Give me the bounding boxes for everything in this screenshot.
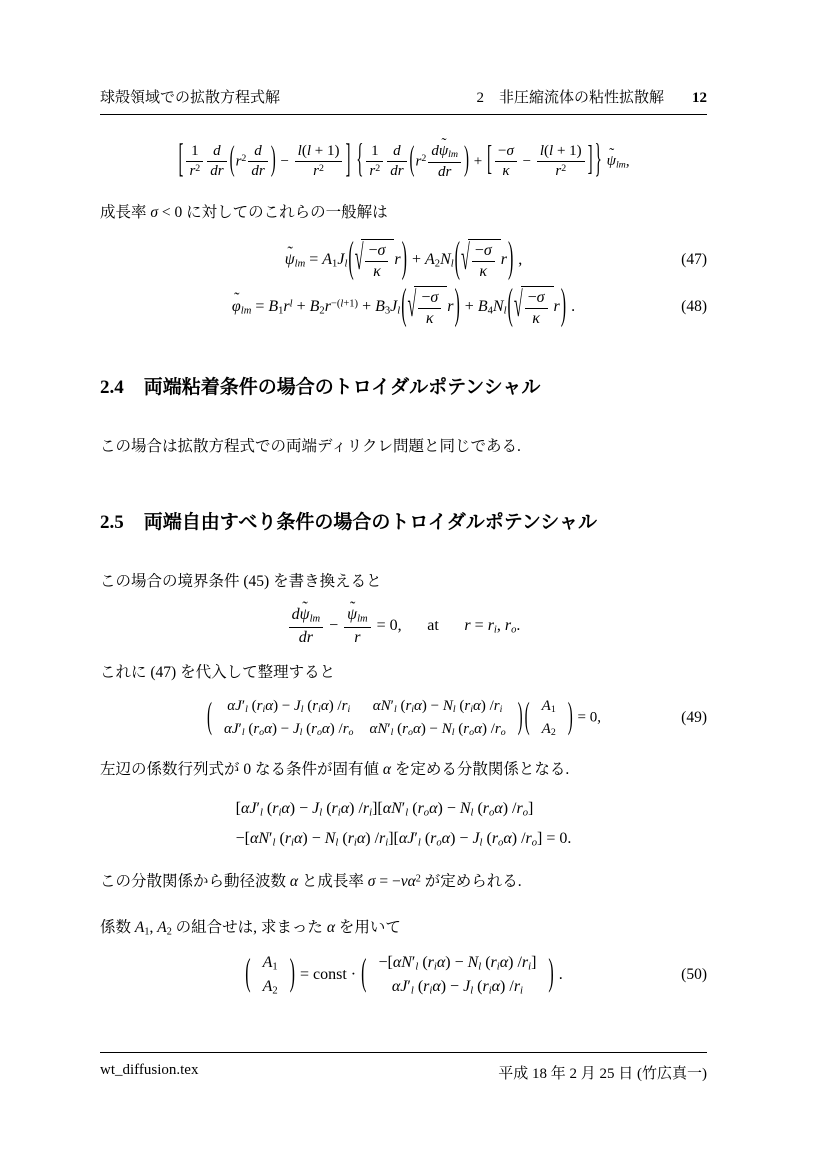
math-mt: ) /	[512, 830, 526, 847]
math-mt: ) −	[290, 800, 312, 817]
equation-49-body: (αJ′l (riα) − Jl (riα) /riαN′l (riα) − N…	[206, 695, 601, 741]
math-mt: −	[277, 153, 293, 169]
math-mi: A	[157, 919, 166, 936]
math-mt: ] = 0.	[537, 830, 571, 847]
math-mi: N	[377, 721, 387, 737]
math-msqrt: √−σκ	[461, 239, 501, 282]
math-mi: α	[432, 978, 440, 995]
math-mt: (	[248, 698, 257, 714]
math-mt: ) −	[445, 954, 467, 971]
math-mt: が定められる.	[421, 873, 522, 890]
math-mi: B	[310, 298, 320, 315]
math-mi: σ	[484, 242, 492, 259]
math-mt: 成長率	[100, 204, 150, 221]
math-mt: −[	[236, 830, 250, 847]
math-mden: dr	[428, 163, 461, 181]
math-mt: 2	[241, 153, 246, 164]
math-mi: l	[344, 258, 347, 269]
math-mi: A	[322, 251, 332, 268]
math-mi: α	[341, 800, 349, 817]
math-msqrt: √−σκ	[355, 239, 395, 282]
math-mt: 1	[371, 143, 379, 159]
math-mi: dr	[438, 164, 451, 180]
math-mnum: l(l + 1)	[537, 143, 585, 162]
math-mi: r	[501, 251, 507, 268]
math-mt: この場合の境界条件 (45) を書き換えると	[100, 573, 382, 590]
math-mt: ) /	[349, 800, 363, 817]
math-msqrt: √−σκ	[408, 286, 448, 329]
math-mi: N	[468, 954, 479, 971]
paragraph-boundary-condition: この場合の境界条件 (45) を書き換えると	[100, 570, 707, 594]
math-mden: r2	[537, 162, 585, 180]
math-mi: dr	[299, 629, 313, 646]
math-mnum: d	[207, 143, 226, 162]
math-mi: dr	[390, 163, 403, 179]
math-mi: lm	[616, 160, 626, 171]
math-mi: α	[383, 761, 391, 778]
math-mbig: }	[595, 142, 602, 183]
math-mt: (	[408, 800, 417, 817]
math-mmrow: A1	[255, 951, 286, 975]
equation-dispersion-lines: [αJ′l (riα) − Jl (riα) /ri][αN′l (roα) −…	[236, 794, 572, 855]
math-mt: と成長率	[298, 873, 368, 890]
math-msup: 2	[561, 163, 566, 174]
math-mi: l	[504, 305, 507, 316]
math-mi: α	[264, 721, 272, 737]
math-mt: ) −	[273, 698, 294, 714]
math-msub: i	[347, 704, 350, 715]
math-mfrac: d˜ψlmdr	[428, 143, 461, 181]
paragraph-substitute: これに (47) を代入して整理すると	[100, 661, 707, 685]
math-mi: J	[235, 698, 242, 714]
equation-boundary: d˜ψlmdr − ˜ψlmr = 0,atr = ri, ro.	[100, 606, 707, 647]
math-mi: r	[394, 251, 400, 268]
math-mbig: ]	[588, 145, 593, 180]
math-msub: 2	[272, 985, 277, 996]
math-mmat: −[αN′l (riα) − Nl (riα) /ri]αJ′l (riα) −…	[370, 951, 544, 1000]
math-mt: at	[427, 618, 439, 635]
math-mtilde: ˜ψ	[607, 153, 616, 170]
math-mi: N	[460, 800, 471, 817]
math-mt: +1)	[343, 298, 358, 309]
math-msup: 2	[241, 153, 246, 164]
math-mrad: √	[461, 240, 470, 280]
footer-filename: wt_diffusion.tex	[100, 1062, 198, 1083]
math-mi: α	[494, 800, 502, 817]
math-mt: 1	[551, 704, 556, 715]
math-mden: r2	[295, 162, 343, 180]
running-head: 球殻領域での拡散方程式解 2 非圧縮流体の粘性拡散解 12	[100, 86, 707, 115]
math-mi: N	[493, 298, 504, 315]
math-mt: を定める分散関係となる.	[391, 761, 569, 778]
math-mt: .	[567, 298, 575, 315]
math-mden: κ	[472, 262, 495, 281]
math-mt: = 0,	[373, 618, 402, 635]
math-mtilde: ˜φ	[232, 298, 241, 316]
math-msub: l	[504, 305, 507, 316]
math-mbig: [	[487, 145, 492, 180]
math-mt: +	[470, 153, 486, 169]
math-mt: 2	[375, 163, 380, 174]
math-mbig: ]	[345, 142, 350, 183]
math-mi: α	[473, 698, 481, 714]
math-msub: lm	[357, 614, 368, 625]
math-mi: σ	[506, 143, 513, 159]
math-mfrac: −σκ	[365, 242, 388, 282]
math-mt: (	[302, 721, 311, 737]
math-mden: r	[344, 628, 371, 647]
math-msub: l	[451, 258, 454, 269]
math-mi: i	[347, 704, 350, 715]
math-mi: α	[373, 698, 381, 714]
math-mt: +	[461, 298, 478, 315]
equation-tag-50: (50)	[681, 966, 707, 984]
math-mt: (	[482, 830, 491, 847]
math-msup: 2	[421, 153, 426, 164]
running-head-section-title: 2 非圧縮流体の粘性拡散解	[476, 86, 664, 107]
page-footer: wt_diffusion.tex 平成 18 年 2 月 25 日 (竹広真一)	[100, 1052, 707, 1083]
math-mbig: )	[290, 956, 295, 994]
equation-47-body: ˜ψlm = A1Jl(√−σκr) + A2Nl(√−σκr) ,	[285, 239, 523, 282]
math-mi: α	[383, 800, 391, 817]
math-macc: ˜	[609, 147, 614, 162]
math-mfrac: ˜ψlmr	[344, 606, 371, 647]
math-mmcell: −[αN′l (riα) − Nl (riα) /ri]	[370, 951, 544, 975]
math-mi: lm	[310, 614, 321, 625]
math-mmrow: A1	[534, 695, 564, 718]
math-mt: ) /	[482, 721, 495, 737]
math-mnum: l(l + 1)	[295, 143, 343, 162]
math-mbig: (	[230, 145, 235, 180]
math-mden: dr	[387, 162, 406, 180]
math-mi: α	[492, 978, 500, 995]
math-mi: κ	[532, 310, 540, 327]
footer-date: 平成 18 年 2 月 25 日 (竹広真一)	[498, 1062, 707, 1083]
math-mt: この分散関係から動径波数	[100, 873, 290, 890]
math-mfrac: l(l + 1)r2	[537, 143, 585, 181]
equation-boundary-body: d˜ψlmdr − ˜ψlmr = 0,atr = ri, ro.	[287, 606, 521, 647]
math-mbig: (	[508, 285, 513, 328]
running-head-left-title: 球殻領域での拡散方程式解	[100, 86, 280, 107]
math-mi: B	[478, 298, 488, 315]
math-mt	[351, 153, 355, 169]
math-mt: ) /	[365, 830, 379, 847]
math-mfrac: −σκ	[525, 289, 548, 329]
math-mt: (	[481, 954, 490, 971]
math-mi: α	[474, 721, 482, 737]
section-number-2-4: 2.4	[100, 377, 124, 399]
math-mt: (	[421, 830, 430, 847]
paragraph-coefficients: 係数 A1, A2 の組合せは, 求まった α を用いて	[100, 916, 707, 940]
math-mtilde: ˜ψ	[347, 606, 357, 624]
math-mnum: 1	[186, 143, 203, 162]
math-mi: α	[281, 800, 289, 817]
math-mbar: −σκ	[521, 286, 554, 329]
math-mi: κ	[502, 163, 509, 179]
math-mt: + 1)	[311, 143, 339, 159]
math-mt: −	[325, 618, 342, 635]
math-mt: (	[322, 800, 331, 817]
math-msub: lm	[448, 149, 458, 160]
math-mi: α	[392, 978, 400, 995]
math-mi: dr	[210, 163, 223, 179]
math-mi: lm	[241, 305, 252, 316]
math-mi: J	[293, 721, 300, 737]
math-mi: l	[451, 258, 454, 269]
math-mi: lm	[448, 149, 458, 160]
math-mden: r2	[186, 162, 203, 180]
math-mi: N	[381, 698, 391, 714]
math-mi: σ	[430, 289, 438, 306]
equation-tag-49: (49)	[681, 709, 707, 727]
math-mt: = −	[375, 873, 400, 890]
math-mmcell: A2	[255, 975, 286, 999]
equation-tag-47: (47)	[681, 251, 707, 269]
math-mi: κ	[373, 263, 381, 280]
document-page: 球殻領域での拡散方程式解 2 非圧縮流体の粘性拡散解 12 [1r2ddr(r2…	[0, 0, 826, 1169]
math-mi: B	[375, 298, 385, 315]
math-mi: A	[263, 954, 273, 971]
math-mfrac: −σκ	[418, 289, 441, 329]
math-mi: α	[413, 721, 421, 737]
math-mi: α	[442, 830, 450, 847]
math-mrad: √	[355, 240, 364, 280]
math-mnum: 1	[366, 143, 383, 162]
math-mt: ) −	[437, 800, 459, 817]
math-mnum: d	[387, 143, 406, 162]
math-mden: κ	[525, 309, 548, 328]
math-mtilde: ˜ψ	[285, 251, 295, 269]
math-msub: 1	[551, 704, 556, 715]
math-mt: .	[516, 618, 520, 635]
math-mmcell: αN′l (riα) − Nl (riα) /ri	[361, 695, 513, 718]
math-mt: (	[418, 954, 427, 971]
math-mt: ) /	[500, 978, 514, 995]
math-mfrac: 1r2	[186, 143, 203, 181]
math-msub: o	[501, 728, 506, 739]
math-mi: α	[321, 698, 329, 714]
math-mi: σ	[378, 242, 386, 259]
math-mnum: d	[248, 143, 267, 162]
math-mt: = const ·	[296, 966, 360, 983]
math-msub: lm	[310, 614, 321, 625]
math-mt: ) −	[441, 978, 463, 995]
math-mt: 2	[421, 153, 426, 164]
section-title-2-5: 両端自由すべり条件の場合のトロイダルポテンシャル	[144, 507, 597, 534]
math-msub: lm	[241, 305, 252, 316]
math-mt: (	[473, 800, 482, 817]
equation-dispersion: [αJ′l (riα) − Jl (riα) /ri][αN′l (roα) −…	[100, 794, 707, 855]
paragraph-dirichlet: この場合は拡散方程式での両端ディリクレ問題と同じである.	[100, 435, 707, 459]
math-mi: N	[401, 954, 412, 971]
equation-49: (αJ′l (riα) − Jl (riα) /riαN′l (riα) − N…	[100, 695, 707, 741]
math-mi: A	[542, 698, 551, 714]
math-mbig: (	[361, 956, 366, 994]
math-mt: = 0,	[574, 710, 601, 726]
math-msup: −(l+1)	[331, 298, 358, 309]
math-msub: 2	[551, 728, 556, 739]
math-mfrac: 1r2	[366, 143, 383, 181]
math-mt: ) −	[272, 721, 293, 737]
math-mt: −	[368, 242, 377, 259]
math-msub: l	[344, 258, 347, 269]
section-title-2-4: 両端粘着条件の場合のトロイダルポテンシャル	[144, 372, 541, 399]
math-mt: (	[275, 830, 284, 847]
math-mmrow: A2	[255, 975, 286, 999]
math-mt: + 1)	[553, 143, 581, 159]
math-mt: ]	[531, 954, 536, 971]
math-msup: 2	[319, 163, 324, 174]
equation-tag-48: (48)	[681, 298, 707, 316]
math-mi: J	[472, 830, 479, 847]
math-mi: d	[393, 143, 401, 159]
math-mfrac: ddr	[387, 143, 406, 181]
math-mi: A	[263, 978, 273, 995]
math-mmcell: αJ′l (riα) − Jl (riα) /ri	[216, 695, 361, 718]
math-mfrac: −σκ	[472, 242, 495, 282]
math-mrad: √	[514, 287, 523, 327]
math-mt: 1	[272, 961, 277, 972]
math-mi: i	[520, 985, 523, 996]
math-mbig: (	[245, 956, 250, 994]
math-mt: ) −	[422, 698, 443, 714]
math-mbig: (	[348, 239, 353, 282]
math-mt: 左辺の係数行列式が 0 なる条件が固有値	[100, 761, 383, 778]
math-mt: ][	[388, 830, 399, 847]
math-mt: (	[455, 721, 464, 737]
math-mt: 2	[551, 728, 556, 739]
math-mt: (	[263, 800, 272, 817]
math-mmrow: A2	[534, 718, 564, 741]
math-mfrac: ddr	[207, 143, 226, 181]
math-mi: N	[440, 251, 451, 268]
math-mi: o	[349, 728, 354, 739]
math-mbig: [	[178, 142, 183, 183]
section-number-2-5: 2.5	[100, 512, 124, 534]
math-mmat: A1A2	[534, 695, 564, 741]
math-mnum: −σ	[365, 242, 388, 262]
math-mt: の組合せは, 求まった	[172, 919, 327, 936]
math-mfrac: d˜ψlmdr	[289, 606, 324, 647]
math-mt: (	[393, 721, 402, 737]
math-mi: σ	[537, 289, 545, 306]
math-mt: 係数	[100, 919, 135, 936]
math-mi: l	[397, 305, 400, 316]
math-msub: lm	[295, 258, 306, 269]
math-mden: dr	[248, 162, 267, 180]
math-mi: κ	[479, 263, 487, 280]
math-mi: α	[357, 830, 365, 847]
math-mi: i	[500, 704, 503, 715]
math-mden: r2	[366, 162, 383, 180]
math-mi: N	[442, 721, 452, 737]
math-mi: α	[414, 698, 422, 714]
math-mi: α	[503, 830, 511, 847]
math-mi: α	[437, 954, 445, 971]
equation-dispersion-line2: −[αN′l (riα) − Nl (riα) /ri][αJ′l (roα) …	[236, 824, 572, 854]
math-mmrow: αJ′l (riα) − Jl (riα) /riαN′l (riα) − Nl…	[216, 695, 514, 718]
math-mi: dr	[251, 163, 264, 179]
math-mrad: √	[408, 287, 417, 327]
math-mmcell: αN′l (roα) − Nl (roα) /ro	[361, 718, 513, 741]
page-number: 12	[692, 90, 707, 107]
math-mnum: ˜ψlm	[344, 606, 371, 627]
paragraph-determinant: 左辺の係数行列式が 0 なる条件が固有値 α を定める分散関係となる.	[100, 758, 707, 782]
math-mtilde: ˜ψ	[300, 606, 310, 624]
math-mtilde: ˜ψ	[439, 143, 448, 160]
math-mmcell: αJ′l (roα) − Jl (roα) /ro	[216, 718, 361, 741]
math-mi: J	[294, 698, 301, 714]
math-mt: ) −	[302, 830, 324, 847]
math-macc: ˜	[234, 291, 239, 307]
math-mt: (	[338, 830, 347, 847]
equation-48: ˜φlm = B1rl + B2r−(l+1) + B3Jl(√−σκr) + …	[100, 286, 707, 329]
math-mden: dr	[289, 628, 324, 647]
math-mi: α	[500, 954, 508, 971]
math-mbig: (	[525, 700, 530, 738]
math-mt: ) /	[481, 698, 494, 714]
math-mmat: A1A2	[255, 951, 286, 1000]
math-mi: r	[554, 298, 560, 315]
math-mt: −	[528, 289, 537, 306]
math-mt: −(	[331, 298, 340, 309]
math-mi: α	[290, 873, 298, 890]
math-msub: 1	[272, 961, 277, 972]
math-macc: ˜	[302, 600, 307, 616]
math-mbig: )	[548, 956, 553, 994]
math-mt: ,	[514, 251, 522, 268]
math-mbig: {	[356, 142, 363, 183]
math-mt: 2	[272, 985, 277, 996]
math-mbig: (	[410, 145, 415, 180]
math-mi: α	[224, 721, 232, 737]
math-mi: σ	[150, 204, 158, 221]
math-mt: ) /	[330, 721, 343, 737]
math-mi: N	[391, 800, 402, 817]
paragraph-wavenumber: この分散関係から動径波数 α と成長率 σ = −να2 が定められる.	[100, 870, 707, 894]
math-mbig: (	[207, 700, 212, 738]
equation-50: (A1A2) = const · (−[αN′l (riα) − Nl (riα…	[100, 951, 707, 1000]
math-mi: r	[447, 298, 453, 315]
math-macc: ˜	[441, 137, 446, 152]
math-mmrow: αJ′l (roα) − Jl (roα) /roαN′l (roα) − Nl…	[216, 718, 514, 741]
math-mt: 2	[561, 163, 566, 174]
math-mt: +	[293, 298, 310, 315]
math-mi: d	[292, 606, 300, 623]
math-mt: ) /	[329, 698, 342, 714]
math-mnum: −σ	[472, 242, 495, 262]
math-mi: J	[232, 721, 239, 737]
math-mt: =	[251, 298, 268, 315]
equation-48-body: ˜φlm = B1rl + B2r−(l+1) + B3Jl(√−σκr) + …	[232, 286, 575, 329]
math-mt: +	[358, 298, 375, 315]
math-mmrow: αJ′l (riα) − Jl (riα) /ri	[370, 975, 544, 999]
math-msub: lm	[616, 160, 626, 171]
math-mnum: d˜ψlm	[289, 606, 324, 627]
math-mmrow: −[αN′l (riα) − Nl (riα) /ri]	[370, 951, 544, 975]
math-mmcell: A2	[534, 718, 564, 741]
math-mi: d	[254, 143, 262, 159]
math-mden: κ	[495, 162, 517, 180]
math-mbig: )	[271, 145, 276, 180]
math-mfrac: ddr	[248, 143, 267, 181]
math-mt: −[	[378, 954, 392, 971]
math-mt: 2	[319, 163, 324, 174]
math-mt: 2	[195, 163, 200, 174]
math-mbig: )	[402, 239, 407, 282]
math-mi: A	[425, 251, 435, 268]
math-mi: r	[354, 629, 360, 646]
